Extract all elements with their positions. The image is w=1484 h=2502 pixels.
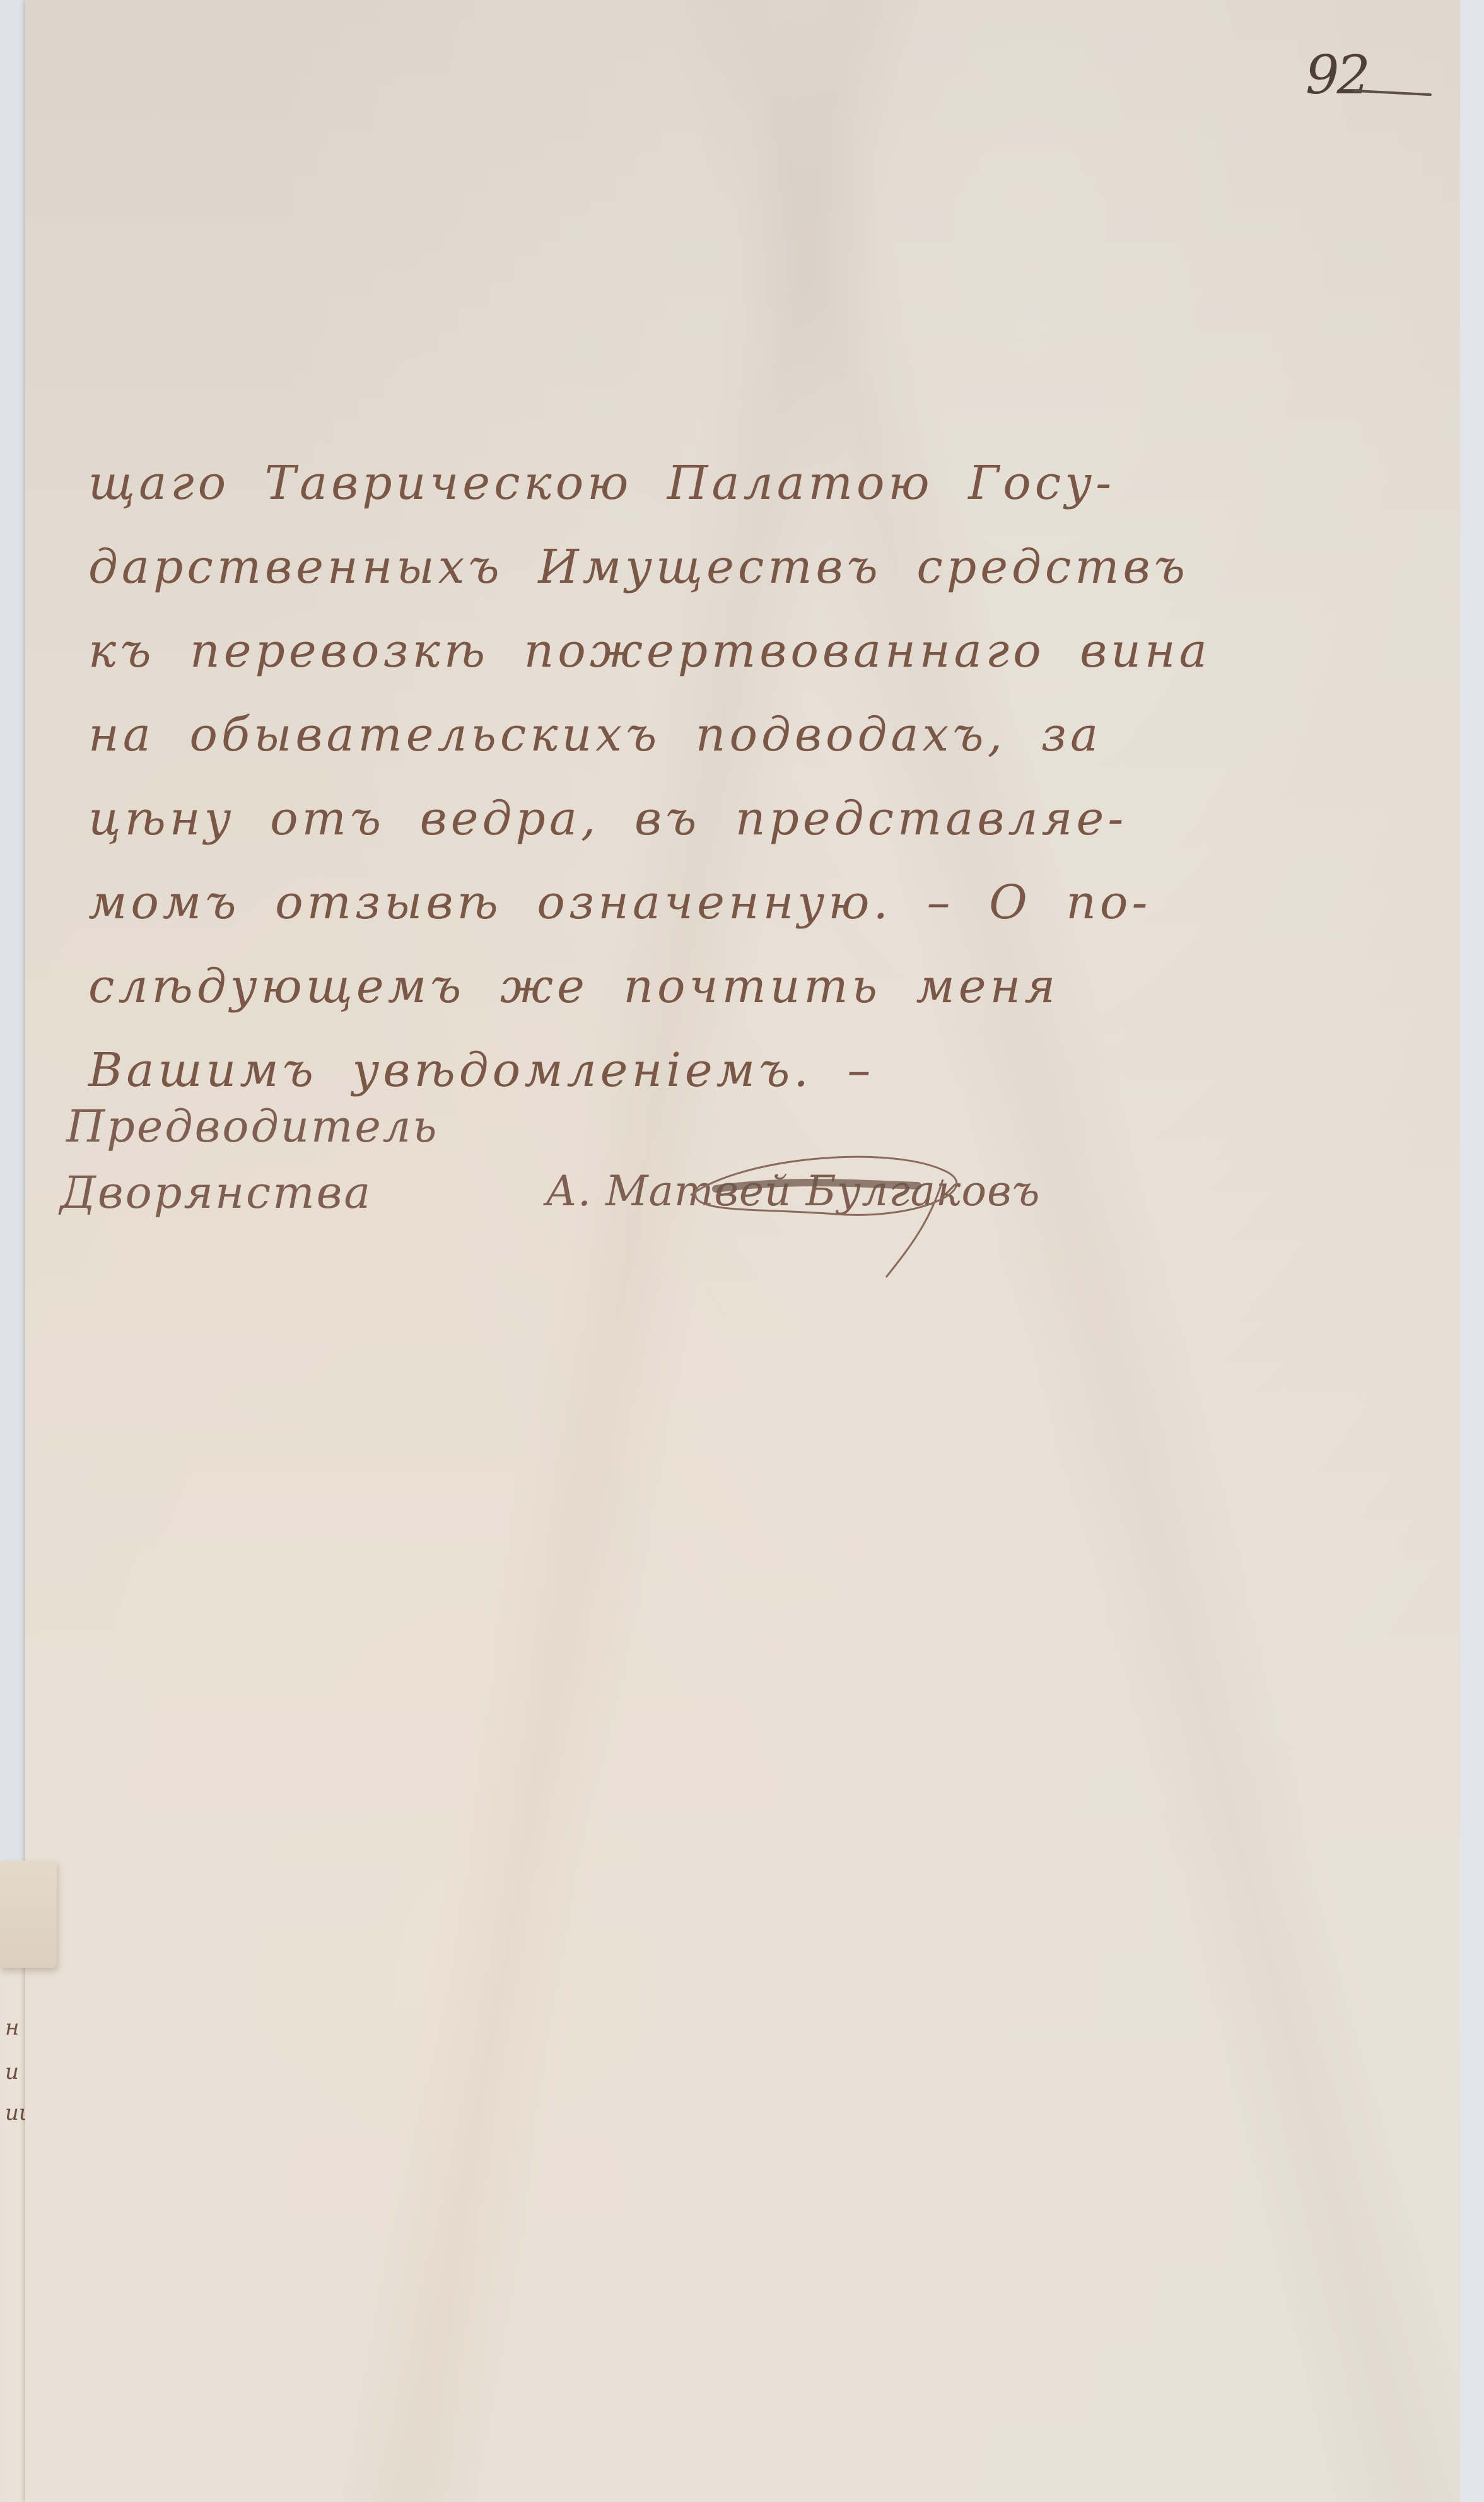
page-number: 92 [1306, 44, 1368, 106]
letter-body: щаго Таврическою Палатою Госу- дарственн… [88, 441, 1406, 1113]
signature-block: Предводитель Дворянства А. Матвей Булгак… [60, 1094, 1069, 1296]
underlying-page-fragment: и [5, 2059, 19, 2084]
scan-margin-right [1460, 0, 1484, 2502]
text-line: момъ отзывѣ означенную. – О по- [88, 861, 1406, 945]
text-line: цѣну отъ ведра, въ представляе- [88, 777, 1406, 861]
signature-title-line2: Дворянства [60, 1167, 372, 1219]
underlying-page-fold [0, 1861, 57, 1968]
underlying-page-fragment: н [5, 2015, 19, 2040]
signature-flourish-icon [646, 1119, 1000, 1283]
signature-title-line1: Предводитель [66, 1101, 438, 1152]
text-line: на обывательскихъ подводахъ, за [88, 693, 1406, 777]
text-line: къ перевозкѣ пожертвованнаго вина [88, 609, 1406, 693]
text-line: щаго Таврическою Палатою Госу- [88, 441, 1406, 525]
text-line: слѣдующемъ же почтить меня [88, 945, 1406, 1029]
text-line: дарственныхъ Имуществъ средствъ [88, 525, 1406, 609]
